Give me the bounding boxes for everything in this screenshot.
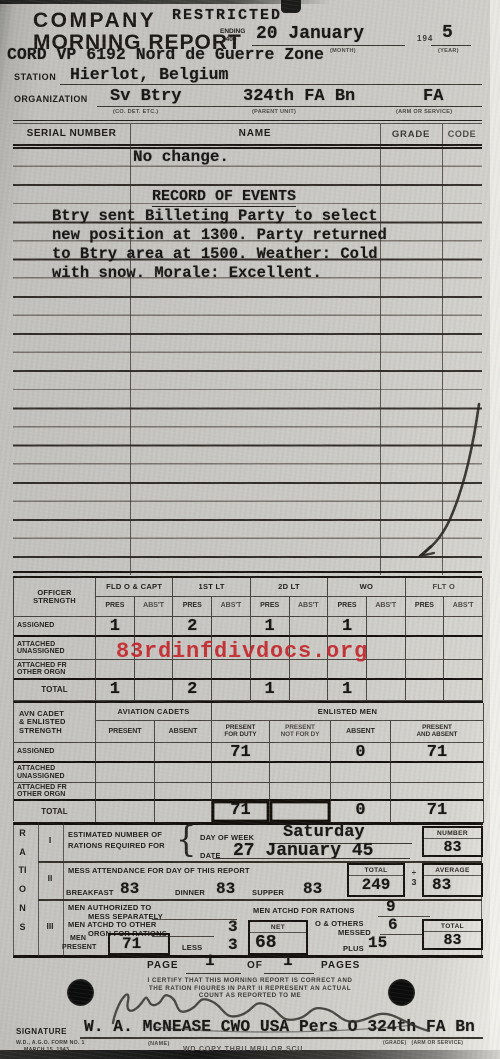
mess-average-box: AVERAGE 83 bbox=[422, 863, 483, 897]
rations-row1-divider bbox=[38, 861, 482, 863]
empty-cell bbox=[391, 763, 484, 783]
empty-cell bbox=[96, 743, 155, 763]
net-label: NET bbox=[250, 922, 306, 933]
empty-cell bbox=[367, 617, 406, 637]
row-label-total: TOTAL bbox=[14, 801, 96, 823]
rations-bottom-rule bbox=[13, 955, 483, 958]
col-pres: PRES bbox=[251, 597, 290, 617]
rations-grand-total-box: TOTAL 83 bbox=[422, 919, 483, 950]
signature-underline bbox=[80, 1037, 483, 1039]
roster-divider-name bbox=[130, 124, 131, 575]
men-present-box: 71 bbox=[108, 933, 170, 955]
col-group-flt-o: FLT O bbox=[406, 578, 483, 597]
net-box: NET 68 bbox=[248, 920, 308, 955]
col-pres: PRES bbox=[328, 597, 367, 617]
rations-numeral-3: III bbox=[38, 921, 62, 931]
empty-cell bbox=[331, 783, 391, 801]
dinner-value: 83 bbox=[216, 880, 235, 898]
label-line: PRESENT bbox=[285, 724, 315, 731]
hole-punch-left bbox=[67, 979, 94, 1006]
men-present-label2: PRESENT bbox=[62, 944, 96, 951]
label-line: NOT FOR DY bbox=[281, 731, 320, 738]
unit-code-line: CORD VP 6192 Nord de Guerre Zone bbox=[7, 45, 324, 64]
men-atchd-other-value: 3 bbox=[228, 918, 238, 936]
label-line: PRESENT bbox=[422, 724, 452, 731]
others-messed-label1: O & OTHERS bbox=[315, 919, 364, 928]
label-line: STRENGTH bbox=[19, 727, 95, 735]
mess-total-box: TOTAL 249 bbox=[347, 863, 405, 897]
net-value: 68 bbox=[250, 933, 306, 953]
col-abst: ABS'T bbox=[290, 597, 329, 617]
empty-cell bbox=[155, 763, 212, 783]
men-present-value: 71 bbox=[110, 935, 168, 953]
col-abst: ABS'T bbox=[444, 597, 483, 617]
label-line: FOR DUTY bbox=[224, 731, 256, 738]
breakfast-label: BREAKFAST bbox=[66, 888, 114, 897]
col-pres: PRES bbox=[406, 597, 445, 617]
col-group-aviation-cadets: AVIATION CADETS bbox=[96, 703, 212, 721]
grand-total-label: TOTAL bbox=[424, 921, 481, 932]
atchd-for-line bbox=[378, 916, 430, 917]
station-underline bbox=[60, 84, 482, 85]
dinner-label: DINNER bbox=[175, 888, 205, 897]
event-line: Btry sent Billeting Party to select bbox=[52, 207, 378, 225]
enlisted-total-absent: 0 bbox=[331, 801, 391, 823]
others-messed-label2: MESSED bbox=[338, 928, 371, 937]
empty-cell bbox=[270, 763, 331, 783]
handwritten-signature bbox=[95, 975, 440, 1037]
row-label-attached-fr-other: ATTACHED FROTHER ORGN bbox=[14, 660, 96, 680]
empty-cell bbox=[270, 783, 331, 801]
classification-stamp: RESTRICTED bbox=[172, 7, 282, 24]
col-group-fldo-capt: FLD O & CAPT bbox=[96, 578, 173, 597]
enlisted-total-present-not-for-duty-empty bbox=[270, 801, 331, 823]
men-atchd-for-rations-label: MEN ATCHD FOR RATIONS bbox=[253, 906, 355, 915]
rations-numeral-divider bbox=[63, 822, 64, 957]
plus-value: 15 bbox=[368, 934, 387, 952]
empty-cell bbox=[135, 680, 174, 701]
rations-row2-divider bbox=[38, 899, 482, 901]
mess-average-value: 83 bbox=[424, 876, 481, 894]
men-atchd-for-rations-value: 9 bbox=[386, 898, 396, 916]
empty-cell bbox=[155, 743, 212, 763]
row-label-attached-unassigned: ATTACHEDUNASSIGNED bbox=[14, 763, 96, 783]
form-date: MARCH 15, 1943 bbox=[24, 1047, 69, 1053]
col-group-enlisted-men: ENLISTED MEN bbox=[212, 703, 484, 721]
col-present-for-duty: PRESENTFOR DUTY bbox=[212, 721, 270, 743]
empty-cell bbox=[212, 617, 251, 637]
rations-numeral-1: I bbox=[38, 835, 62, 845]
enlisted-assigned-present-and-absent: 71 bbox=[391, 743, 484, 763]
enlisted-table-title: AVN CADET& ENLISTEDSTRENGTH bbox=[14, 703, 96, 743]
empty-cell bbox=[290, 617, 329, 637]
year-underline bbox=[431, 45, 471, 46]
empty-cell bbox=[96, 801, 155, 823]
divide-sign: ÷ bbox=[409, 868, 419, 877]
mess-average-label: AVERAGE bbox=[424, 865, 481, 876]
report-date-value: 20 January bbox=[256, 24, 364, 44]
empty-cell bbox=[444, 680, 483, 701]
empty-cell bbox=[212, 763, 270, 783]
organization-unit: Sv Btry bbox=[110, 87, 181, 106]
row-label-total: TOTAL bbox=[14, 680, 96, 701]
empty-cell bbox=[406, 680, 445, 701]
rations-estimated-label2: RATIONS REQUIRED FOR bbox=[68, 841, 165, 850]
plus-label: PLUS bbox=[343, 944, 364, 953]
col-av-absent: ABSENT bbox=[155, 721, 212, 743]
roster-divider-grade bbox=[380, 124, 381, 575]
empty-cell bbox=[406, 617, 445, 637]
organization-label: ORGANIZATION bbox=[14, 94, 88, 104]
mess-attendance-label: MESS ATTENDANCE FOR DAY OF THIS REPORT bbox=[68, 866, 250, 875]
col-av-present: PRESENT bbox=[96, 721, 155, 743]
date-underline bbox=[213, 858, 410, 859]
label-line: OTHER ORGN bbox=[17, 669, 95, 676]
page-number: 1 bbox=[205, 952, 215, 970]
pages-number: 1 bbox=[283, 952, 293, 970]
col-present-not-for-duty: PRESENTNOT FOR DY bbox=[270, 721, 331, 743]
col-group-wo: WO bbox=[328, 578, 405, 597]
row-label-attached-fr-other: ATTACHED FROTHER ORGN bbox=[14, 783, 96, 801]
men-atchd-other-label1: MEN ATCHD TO OTHER bbox=[68, 920, 156, 929]
supper-value: 83 bbox=[303, 880, 322, 898]
ending-time: 2400 bbox=[222, 36, 236, 43]
distribution-note: WD COPY THRU MRU OR SCU bbox=[183, 1046, 303, 1053]
label-line: ATTACHED bbox=[17, 765, 95, 772]
organization-parent: 324th FA Bn bbox=[243, 87, 355, 106]
empty-cell bbox=[406, 660, 445, 680]
number-box-label: NUMBER bbox=[424, 828, 481, 839]
grand-total-value: 83 bbox=[424, 932, 481, 949]
scan-ink-blob bbox=[281, 0, 301, 13]
year-prefix: 194 bbox=[417, 34, 433, 43]
grade-arm-hint: (GRADE) (ARM OR SERVICE) bbox=[383, 1040, 463, 1046]
mess-separately-line bbox=[152, 919, 237, 920]
empty-cell bbox=[96, 783, 155, 801]
roster-col-name: NAME bbox=[130, 128, 380, 139]
organization-arm: FA bbox=[423, 87, 443, 106]
empty-cell bbox=[270, 743, 331, 763]
men-authorized-label1: MEN AUTHORIZED TO bbox=[68, 903, 151, 912]
morning-report-scan: RESTRICTED COMPANY MORNING REPORT ENDING… bbox=[0, 0, 500, 1059]
ending-label: ENDING bbox=[220, 28, 245, 35]
enlisted-total-present-and-absent: 71 bbox=[391, 801, 484, 823]
officer-assigned-2lt-pres: 1 bbox=[251, 617, 290, 637]
empty-cell bbox=[331, 763, 391, 783]
enlisted-assigned-present-for-duty: 71 bbox=[212, 743, 270, 763]
event-line: to Btry area at 1500. Weather: Cold bbox=[52, 245, 378, 263]
event-line: new position at 1300. Party returned bbox=[52, 226, 387, 244]
empty-cell bbox=[212, 680, 251, 701]
scan-right-strip bbox=[490, 0, 500, 1059]
label-line: ATTACHED FR bbox=[17, 662, 95, 669]
divisor: 3 bbox=[409, 877, 419, 887]
officer-total-fld-pres: 1 bbox=[96, 680, 135, 701]
record-of-events-title: RECORD OF EVENTS bbox=[152, 188, 296, 207]
col-abst: ABS'T bbox=[212, 597, 251, 617]
label-line: PRESENT bbox=[226, 724, 256, 731]
col-pres: PRES bbox=[96, 597, 135, 617]
rations-side-label: RATIONS bbox=[18, 824, 27, 957]
roster-col-grade: GRADE bbox=[380, 129, 442, 140]
roster-col-code: CODE bbox=[442, 129, 482, 139]
officer-assigned-1lt-pres: 2 bbox=[173, 617, 212, 637]
supper-label: SUPPER bbox=[252, 888, 284, 897]
less-value: 3 bbox=[228, 936, 238, 954]
enlisted-total-present-for-duty: 71 bbox=[212, 801, 270, 823]
col-abst: ABS'T bbox=[367, 597, 406, 617]
enlisted-strength-table: AVN CADET& ENLISTEDSTRENGTH AVIATION CAD… bbox=[13, 701, 483, 821]
col-present-and-absent: PRESENTAND ABSENT bbox=[391, 721, 484, 743]
empty-cell bbox=[135, 617, 174, 637]
empty-cell bbox=[96, 763, 155, 783]
page-label: PAGE bbox=[147, 960, 179, 971]
handwritten-check-mark bbox=[403, 396, 491, 566]
empty-cell bbox=[444, 660, 483, 680]
event-line: with snow. Morale: Excellent. bbox=[52, 264, 322, 282]
empty-cell bbox=[367, 660, 406, 680]
label-line: ATTACHED bbox=[17, 641, 95, 648]
station-value: Hierlot, Belgium bbox=[70, 65, 228, 84]
day-of-week-value: Saturday bbox=[283, 823, 365, 842]
officer-total-1lt-pres: 2 bbox=[173, 680, 212, 701]
row-label-assigned: ASSIGNED bbox=[14, 617, 96, 637]
enlisted-assigned-absent: 0 bbox=[331, 743, 391, 763]
roster-entry: No change. bbox=[133, 148, 229, 166]
officer-title-line2: STRENGTH bbox=[14, 597, 95, 605]
organization-underline bbox=[97, 106, 482, 107]
rations-estimated-label1: ESTIMATED NUMBER OF bbox=[68, 830, 162, 839]
empty-cell bbox=[367, 680, 406, 701]
label-line: UNASSIGNED bbox=[17, 648, 95, 655]
month-hint: (MONTH) bbox=[330, 48, 356, 54]
org-unit-hint: (CO. DET. ETC.) bbox=[113, 109, 158, 115]
org-parent-hint: (PARENT UNIT) bbox=[252, 109, 296, 115]
col-pres: PRES bbox=[173, 597, 212, 617]
label-line: ATTACHED FR bbox=[17, 784, 95, 791]
row-label-attached-unassigned: ATTACHEDUNASSIGNED bbox=[14, 637, 96, 660]
form-number: W.D., A.G.O. FORM NO. 1 bbox=[16, 1040, 85, 1046]
less-label: LESS bbox=[182, 943, 202, 952]
empty-cell bbox=[155, 783, 212, 801]
empty-cell bbox=[212, 783, 270, 801]
pages-label: PAGES bbox=[321, 960, 360, 971]
number-box-value: 83 bbox=[424, 839, 481, 856]
name-hint: (NAME) bbox=[148, 1041, 170, 1047]
mess-total-label: TOTAL bbox=[349, 865, 403, 876]
col-group-1st-lt: 1ST LT bbox=[173, 578, 250, 597]
officer-assigned-fld-pres: 1 bbox=[96, 617, 135, 637]
label-line: UNASSIGNED bbox=[17, 773, 95, 780]
breakfast-value: 83 bbox=[120, 880, 139, 898]
station-label: STATION bbox=[14, 72, 56, 82]
empty-cell bbox=[367, 637, 406, 660]
rations-top-rule bbox=[13, 822, 483, 825]
roster-top-rule bbox=[13, 120, 482, 124]
col-group-2d-lt: 2D LT bbox=[251, 578, 328, 597]
rations-numeral-2: II bbox=[38, 873, 62, 883]
org-arm-hint: (ARM OR SERVICE) bbox=[396, 109, 452, 115]
label-line: OTHER ORGN bbox=[17, 791, 95, 798]
officer-table-top-rule bbox=[13, 571, 482, 578]
empty-cell bbox=[406, 637, 445, 660]
label-line: AND ABSENT bbox=[416, 731, 457, 738]
rations-left-edge bbox=[13, 822, 14, 957]
empty-cell bbox=[391, 783, 484, 801]
brace-glyph: { bbox=[176, 818, 196, 860]
officer-total-2lt-pres: 1 bbox=[251, 680, 290, 701]
watermark: 83rdinfdivdocs.org bbox=[116, 639, 368, 664]
col-en-absent: ABSENT bbox=[331, 721, 391, 743]
others-messed-value: 6 bbox=[388, 916, 398, 934]
empty-cell bbox=[444, 637, 483, 660]
rations-number-box: NUMBER 83 bbox=[422, 826, 483, 857]
of-label: OF bbox=[247, 960, 263, 971]
form-title-line1: COMPANY bbox=[33, 9, 156, 33]
empty-cell bbox=[290, 680, 329, 701]
roster-col-serial: SERIAL NUMBER bbox=[13, 128, 130, 139]
signature-label: SIGNATURE bbox=[16, 1027, 67, 1036]
officer-total-wo-pres: 1 bbox=[328, 680, 367, 701]
row-label-assigned: ASSIGNED bbox=[14, 743, 96, 763]
col-abst: ABS'T bbox=[135, 597, 174, 617]
year-hint: (YEAR) bbox=[438, 48, 459, 54]
officer-table-title: OFFICERSTRENGTH bbox=[14, 578, 96, 617]
empty-cell bbox=[444, 617, 483, 637]
year-value: 5 bbox=[442, 23, 453, 43]
mess-total-value: 249 bbox=[349, 876, 403, 894]
men-present-label1: MEN bbox=[70, 935, 86, 942]
officer-assigned-wo-pres: 1 bbox=[328, 617, 367, 637]
